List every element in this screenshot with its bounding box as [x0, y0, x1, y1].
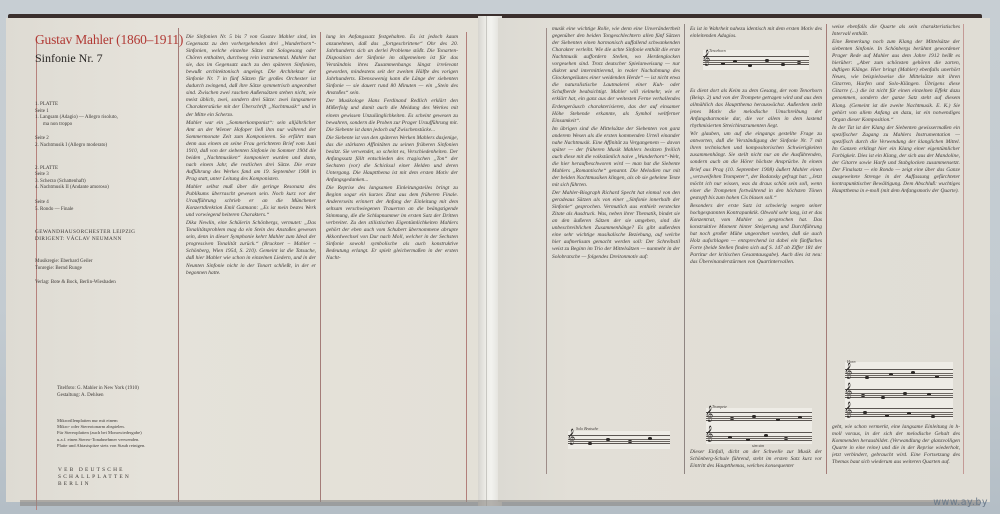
music-example-tenorhorn: Tenorhorn 𝄞 — [703, 50, 809, 70]
music-example-viola: Solo Bratsche 𝄞 — [568, 431, 670, 449]
clef-icon: 𝄞 — [702, 52, 710, 66]
liner-notes-column-5: weise ebenfalls die Quarte als sein char… — [832, 24, 960, 360]
paragraph: Wir glauben, um auf die eingangs gestell… — [690, 131, 822, 201]
paragraph: lung im Anfangssatz festgehalten. Es ist… — [326, 34, 458, 97]
track-4: 4. Nachtmusik II (Andante amoroso) — [35, 185, 175, 192]
clef-icon: 𝄞 — [844, 365, 852, 379]
liner-notes-column-4-end: Dieser Einfall, dicht an der Schwelle zu… — [690, 449, 822, 473]
care-instructions: Mikrorillenplatten nur mit einem Mikro- … — [57, 418, 177, 449]
paragraph: Der Musikologe Hans Ferdinand Redlich er… — [326, 98, 458, 133]
staff: 𝄞 — [706, 432, 812, 441]
liner-notes-column-2: lung im Anfangssatz festgehalten. Es ist… — [326, 34, 458, 498]
publisher-credit: Verlag: Bote & Bock, Berlin-Wiesbaden — [35, 280, 175, 287]
track-5: 5. Rondo — Finale — [35, 207, 175, 214]
paragraph: Im übrigen sind die Mittelsätze der Sieb… — [552, 126, 680, 189]
music-example-trumpet: Trompete 𝄞 𝄞 sim sim — [706, 408, 812, 444]
clef-icon: 𝄞 — [567, 431, 575, 445]
paragraph: Besonders der erste Satz ist schwierig w… — [690, 203, 822, 266]
paragraph: In der Tat ist der Klang der Siebenten g… — [832, 125, 960, 195]
paragraph: Es dient dort als Keim zu dem Gesang, de… — [690, 88, 822, 130]
liner-notes-column-5-end: geht, wie schon vermerkt, eine langsame … — [832, 424, 960, 474]
cover-photo-credit: Titelfoto: G. Mahler in New York (1910) — [57, 386, 177, 393]
staff: 𝄞 — [703, 56, 809, 65]
clef-icon: 𝄞 — [705, 408, 713, 422]
paragraph: Mahler war ein „Sommerkomponist“: sein a… — [186, 120, 316, 183]
column-divider-3 — [684, 24, 685, 474]
music-example-horn: Horn 𝄞 𝄞 𝄞 — [845, 362, 953, 420]
care-note: Platte und Abtastspitze stets von Staub … — [57, 443, 177, 449]
column-divider-2 — [320, 32, 321, 502]
side-4-label: Seite 4 — [35, 200, 175, 207]
label-imprint: VEB DEUTSCHE SCHALLPLATTEN BERLIN — [58, 467, 131, 488]
column-divider-1 — [178, 28, 179, 502]
example-label: Tenorhorn — [709, 48, 726, 53]
liner-notes-column-4: Es dient dort als Keim zu dem Gesang, de… — [690, 88, 822, 404]
label-line-3: BERLIN — [58, 481, 131, 488]
side-1-label: Seite 1 — [35, 109, 175, 116]
left-page-margin-rule — [466, 32, 467, 502]
example-label: Trompete — [712, 404, 727, 409]
track-1-tempo: ma non troppo — [35, 122, 175, 129]
staff: 𝄞 — [845, 369, 953, 378]
paragraph: Es ist in Wahrheit nahezu identisch mit … — [690, 26, 822, 40]
record-1-heading: 1. PLATTE — [35, 102, 175, 109]
side-3-label: Seite 3 — [35, 172, 175, 179]
right-page-margin-rule — [546, 28, 547, 474]
liner-notes-column-3: musik eine wichtige Rolle, wie denn eine… — [552, 26, 680, 422]
staff: 𝄞 — [845, 389, 953, 398]
paragraph: Der Mahler-Biograph Richard Specht hat e… — [552, 190, 680, 260]
sleeve-bottom-edge — [20, 500, 980, 506]
paragraph: Dika Newlin, eine Schülerin Schönbergs, … — [186, 220, 316, 276]
tracklist: 1. PLATTE Seite 1 1. Langsam (Adagio) — … — [35, 102, 175, 287]
staff: 𝄞 — [706, 412, 812, 421]
paragraph: geht, wie schon vermerkt, eine langsame … — [832, 424, 960, 466]
column-divider-4 — [826, 24, 827, 474]
design-credit: Gestaltung: A. Dehlsen — [57, 393, 177, 400]
conductor-credit: DIRIGENT: VÁCLAV NEUMANN — [35, 236, 175, 243]
staff: 𝄞 — [845, 408, 953, 417]
watermark: www.ay.by — [933, 497, 988, 508]
staff: 𝄞 — [568, 435, 670, 444]
paragraph: Die Reprise des langsamen Einleitungstei… — [326, 185, 458, 263]
album-sidebar: Gustav Mahler (1860–1911) Sinfonie Nr. 7… — [35, 32, 175, 287]
paragraph: Mahler selbst muß über die geringe Reson… — [186, 184, 316, 219]
paragraph: Dieser Einfall, dicht an der Schwelle zu… — [690, 449, 822, 470]
track-1: 1. Langsam (Adagio) — Allegro risoluto, — [35, 115, 175, 122]
paragraph: musik eine wichtige Rolle, wie denn eine… — [552, 26, 680, 125]
label-line-1: VEB DEUTSCHE — [58, 467, 131, 474]
track-2: 2. Nachtmusik I (Allegro moderato) — [35, 143, 175, 150]
clef-icon: 𝄞 — [844, 404, 852, 418]
producer-credit: Musikregie: Eberhard Geiler — [35, 259, 175, 266]
label-line-2: SCHALLPLATTEN — [58, 474, 131, 481]
example-sublabel: sim sim — [752, 443, 764, 448]
right-edge-rule — [963, 24, 964, 474]
engineer-credit: Tonregie: Bernd Runge — [35, 266, 175, 273]
side-2-label: Seite 2 — [35, 136, 175, 143]
paragraph: Die Siebente ist von den späteren Werken… — [326, 135, 458, 184]
paragraph: Eine Bemerkung noch zum Klang der Mittel… — [832, 39, 960, 124]
paragraph: Die Sinfonien Nr. 5 bis 7 von Gustav Mah… — [186, 34, 316, 119]
work-title: Sinfonie Nr. 7 — [35, 51, 175, 66]
record-2-heading: 2. PLATTE — [35, 166, 175, 173]
cover-credits: Titelfoto: G. Mahler in New York (1910) … — [57, 386, 177, 399]
clef-icon: 𝄞 — [705, 428, 713, 442]
composer-title: Gustav Mahler (1860–1911) — [35, 32, 175, 48]
paragraph: weise ebenfalls die Quarte als sein char… — [832, 24, 960, 38]
track-3: 3. Scherzo (Schattenhaft) — [35, 179, 175, 186]
liner-notes-column-1: Die Sinfonien Nr. 5 bis 7 von Gustav Mah… — [186, 34, 316, 498]
clef-icon: 𝄞 — [844, 385, 852, 399]
example-label: Solo Bratsche — [576, 426, 598, 431]
